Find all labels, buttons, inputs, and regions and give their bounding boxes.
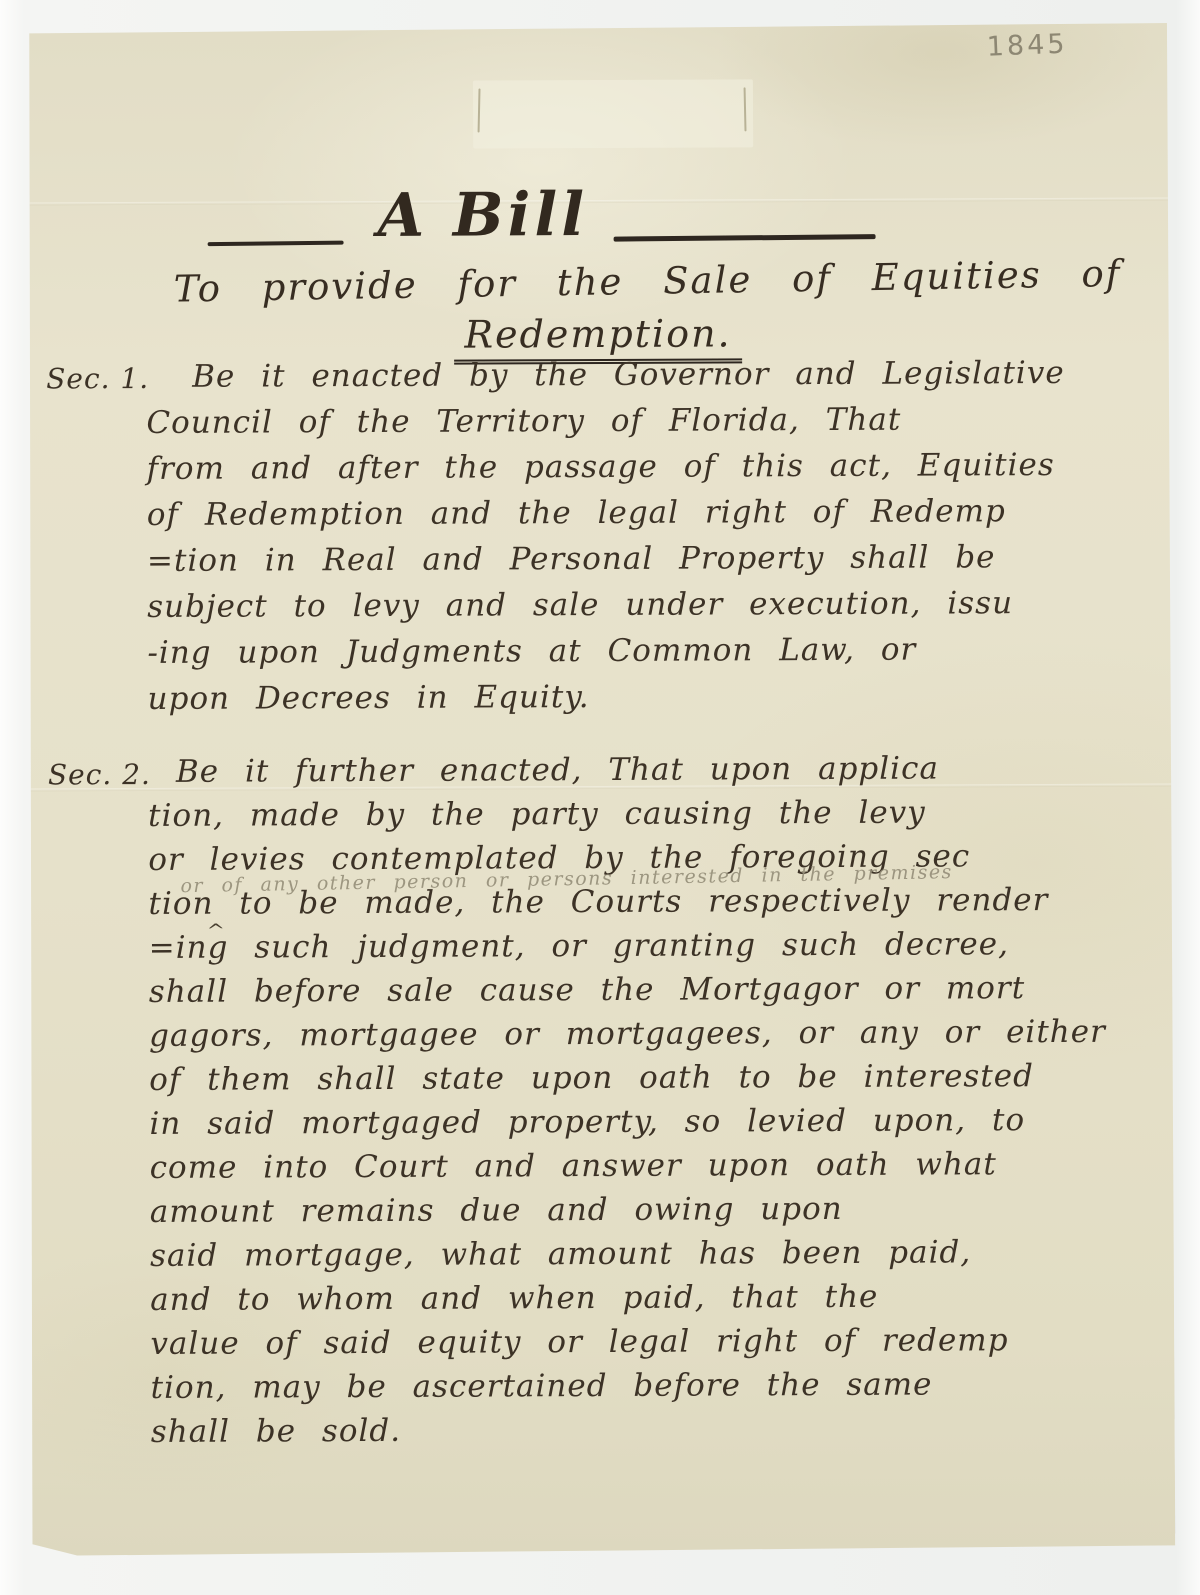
handwritten-line: shall before sale cause the Mortgagor or… bbox=[149, 966, 1153, 1014]
handwritten-line: tion, may be ascertained before the same bbox=[151, 1362, 1155, 1410]
handwritten-line: Council of the Territory of Florida, Tha… bbox=[146, 396, 1150, 446]
handwritten-line: Be it enacted by the Governor and Legisl… bbox=[146, 350, 1150, 400]
title-rule-right bbox=[614, 234, 876, 242]
handwritten-line: in said mortgaged property, so levied up… bbox=[149, 1098, 1153, 1146]
handwritten-line: =tion in Real and Personal Property shal… bbox=[147, 534, 1151, 584]
document-subtitle-line1: To provide for the Sale of Equities of bbox=[173, 252, 1121, 311]
handwritten-line: said mortgage, what amount has been paid… bbox=[150, 1230, 1154, 1278]
handwritten-line: upon Decrees in Equity. bbox=[148, 672, 1152, 722]
document-title: A Bill bbox=[377, 180, 588, 251]
section-1: Sec. 1. Be it enacted by the Governor an… bbox=[26, 350, 1172, 723]
handwritten-line: =ing such judgment, or granting such dec… bbox=[149, 922, 1153, 970]
section-2-lines: Be it further enacted, That upon applica… bbox=[148, 746, 1155, 1454]
section-2-label: Sec. 2. bbox=[48, 758, 151, 791]
handwritten-line: of Redemption and the legal right of Red… bbox=[147, 488, 1151, 538]
handwritten-line: -ing upon Judgments at Common Law, or bbox=[147, 626, 1151, 676]
section-2: Sec. 2. Be it further enacted, That upon… bbox=[28, 746, 1175, 1455]
paper-repair-patch bbox=[473, 79, 753, 148]
title-rule-left bbox=[208, 241, 344, 247]
handwritten-line: tion, made by the party causing the levy bbox=[148, 790, 1152, 838]
section-1-lines: Be it enacted by the Governor and Legisl… bbox=[146, 350, 1152, 722]
handwritten-line: Be it further enacted, That upon applica bbox=[148, 746, 1152, 794]
title-block: A Bill To provide for the Sale of Equiti… bbox=[25, 172, 1169, 177]
caret-mark: ^ bbox=[207, 921, 226, 941]
scan-background: 1845 A Bill To provide for the Sale of E… bbox=[0, 0, 1200, 1595]
handwritten-line: value of said equity or legal right of r… bbox=[150, 1318, 1154, 1366]
slit-mark bbox=[478, 89, 481, 133]
year-annotation: 1845 bbox=[986, 29, 1068, 63]
document-page: 1845 A Bill To provide for the Sale of E… bbox=[25, 22, 1176, 1557]
handwritten-line: shall be sold. bbox=[151, 1406, 1155, 1454]
handwritten-line: come into Court and answer upon oath wha… bbox=[150, 1142, 1154, 1190]
paper-crease bbox=[25, 198, 1169, 206]
slit-mark bbox=[744, 87, 747, 131]
handwritten-line: and to whom and when paid, that the bbox=[150, 1274, 1154, 1322]
handwritten-line: of them shall state upon oath to be inte… bbox=[149, 1054, 1153, 1102]
handwritten-line: subject to levy and sale under execution… bbox=[147, 580, 1151, 630]
handwritten-line: from and after the passage of this act, … bbox=[146, 442, 1150, 492]
handwritten-line: gagors, mortgagee or mortgagees, or any … bbox=[149, 1010, 1153, 1058]
section-1-label: Sec. 1. bbox=[46, 362, 149, 395]
handwritten-line: amount remains due and owing upon bbox=[150, 1186, 1154, 1234]
